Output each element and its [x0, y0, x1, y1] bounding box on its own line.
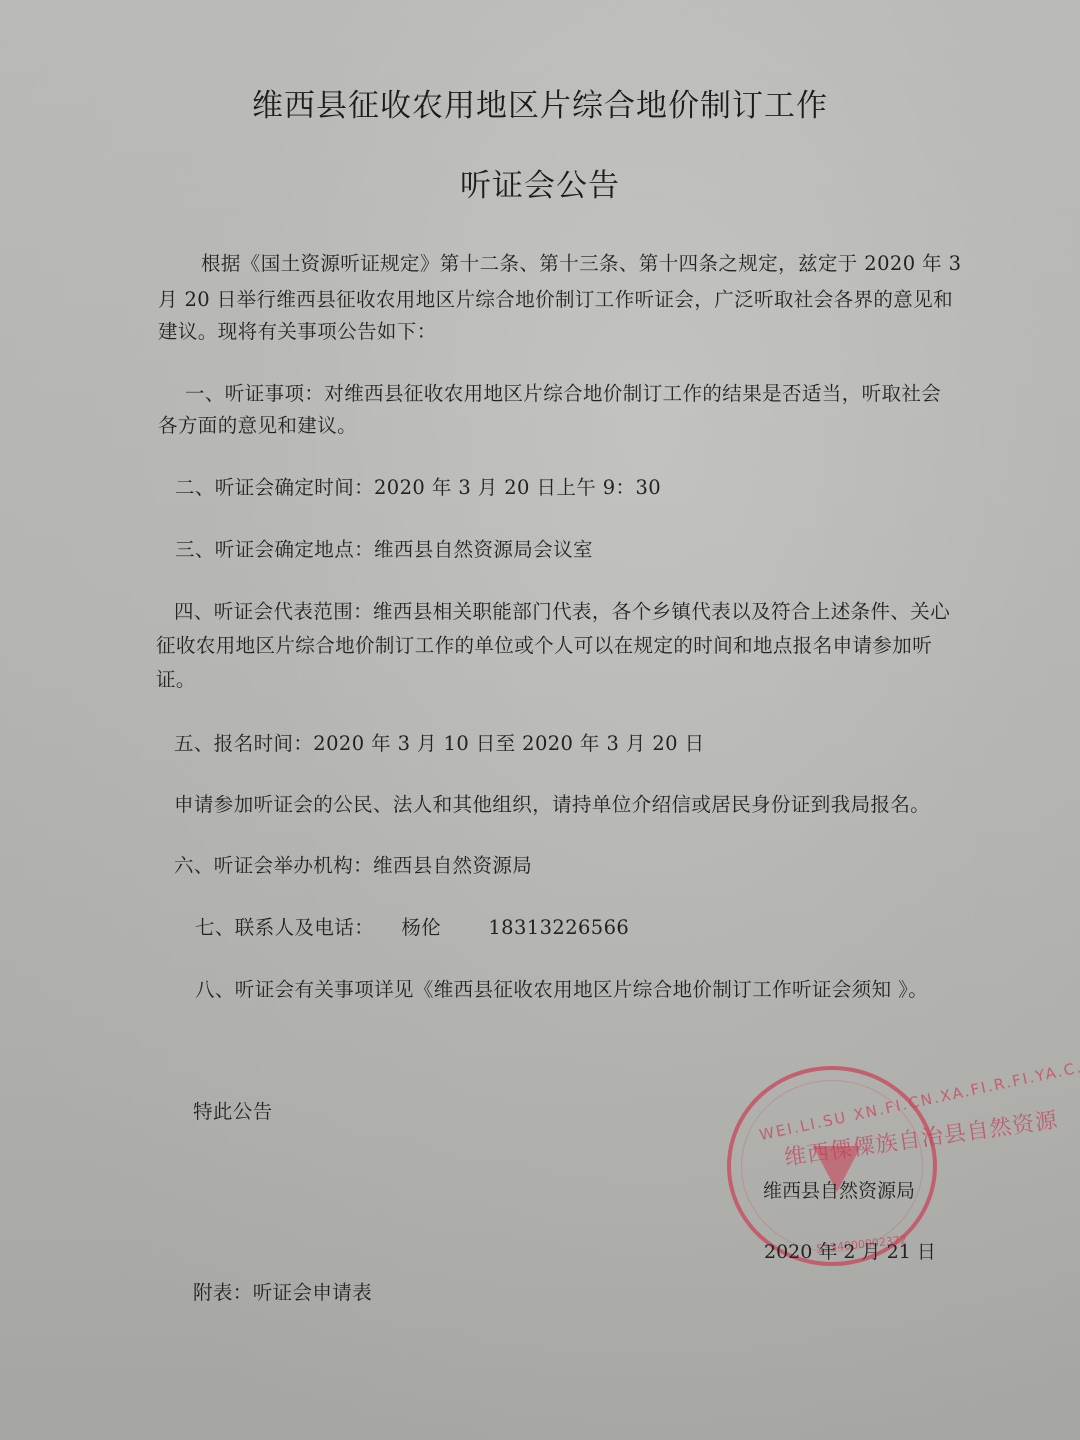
item-2-time: 二、听证会确定时间：2020 年 3 月 20 日上午 9：30	[175, 472, 661, 500]
item-4-line-3: 证。	[156, 664, 196, 692]
contact-phone: 18313226566	[488, 916, 629, 939]
intro-line-3: 建议。现将有关事项公告如下：	[158, 316, 437, 344]
signature-date: 2020 年 2 月 21 日	[764, 1237, 936, 1264]
contact-label: 七、联系人及电话：	[195, 916, 374, 939]
attachment-note: 附表：听证会申请表	[193, 1277, 372, 1305]
item-4-line-1: 四、听证会代表范围：维西县相关职能部门代表，各个乡镇代表以及符合上述条件、关心	[174, 596, 950, 624]
document-subtitle: 听证会公告	[0, 160, 1080, 205]
contact-name: 杨伦	[401, 916, 441, 939]
official-seal: WEI.LI.SU XN.FI.CN.XA.FI.R.FI.YA.C. 维西傈僳…	[727, 1066, 937, 1266]
document-title: 维西县征收农用地区片综合地价制订工作	[0, 80, 1080, 125]
item-3-location: 三、听证会确定地点：维西县自然资源局会议室	[175, 534, 593, 562]
item-1-line-1: 一、听证事项：对维西县征收农用地区片综合地价制订工作的结果是否适当，听取社会	[185, 378, 941, 406]
item-1-line-2: 各方面的意见和建议。	[158, 410, 357, 438]
document-paper: 维西县征收农用地区片综合地价制订工作 听证会公告 根据《国土资源听证规定》第十二…	[0, 0, 1080, 1440]
item-6-organizer: 六、听证会举办机构：维西县自然资源局	[174, 850, 532, 878]
item-4-line-2: 征收农用地区片综合地价制订工作的单位或个人可以在规定的时间和地点报名申请参加听	[156, 630, 932, 658]
signature-organization: 维西县自然资源局	[763, 1176, 915, 1203]
item-7-contact: 七、联系人及电话： 杨伦 18313226566	[195, 912, 629, 940]
intro-line-1: 根据《国土资源听证规定》第十二条、第十三条、第十四条之规定，兹定于 2020 年…	[201, 248, 961, 276]
item-5-registration-note: 申请参加听证会的公民、法人和其他组织，请持单位介绍信或居民身份证到我局报名。	[174, 789, 930, 817]
item-5-registration-time: 五、报名时间：2020 年 3 月 10 日至 2020 年 3 月 20 日	[174, 728, 704, 756]
item-8-reference: 八、听证会有关事项详见《维西县征收农用地区片综合地价制订工作听证会须知 》。	[195, 974, 928, 1002]
intro-line-2: 月 20 日举行维西县征收农用地区片综合地价制订工作听证会，广泛听取社会各界的意…	[158, 284, 953, 312]
closing-text: 特此公告	[193, 1096, 273, 1124]
